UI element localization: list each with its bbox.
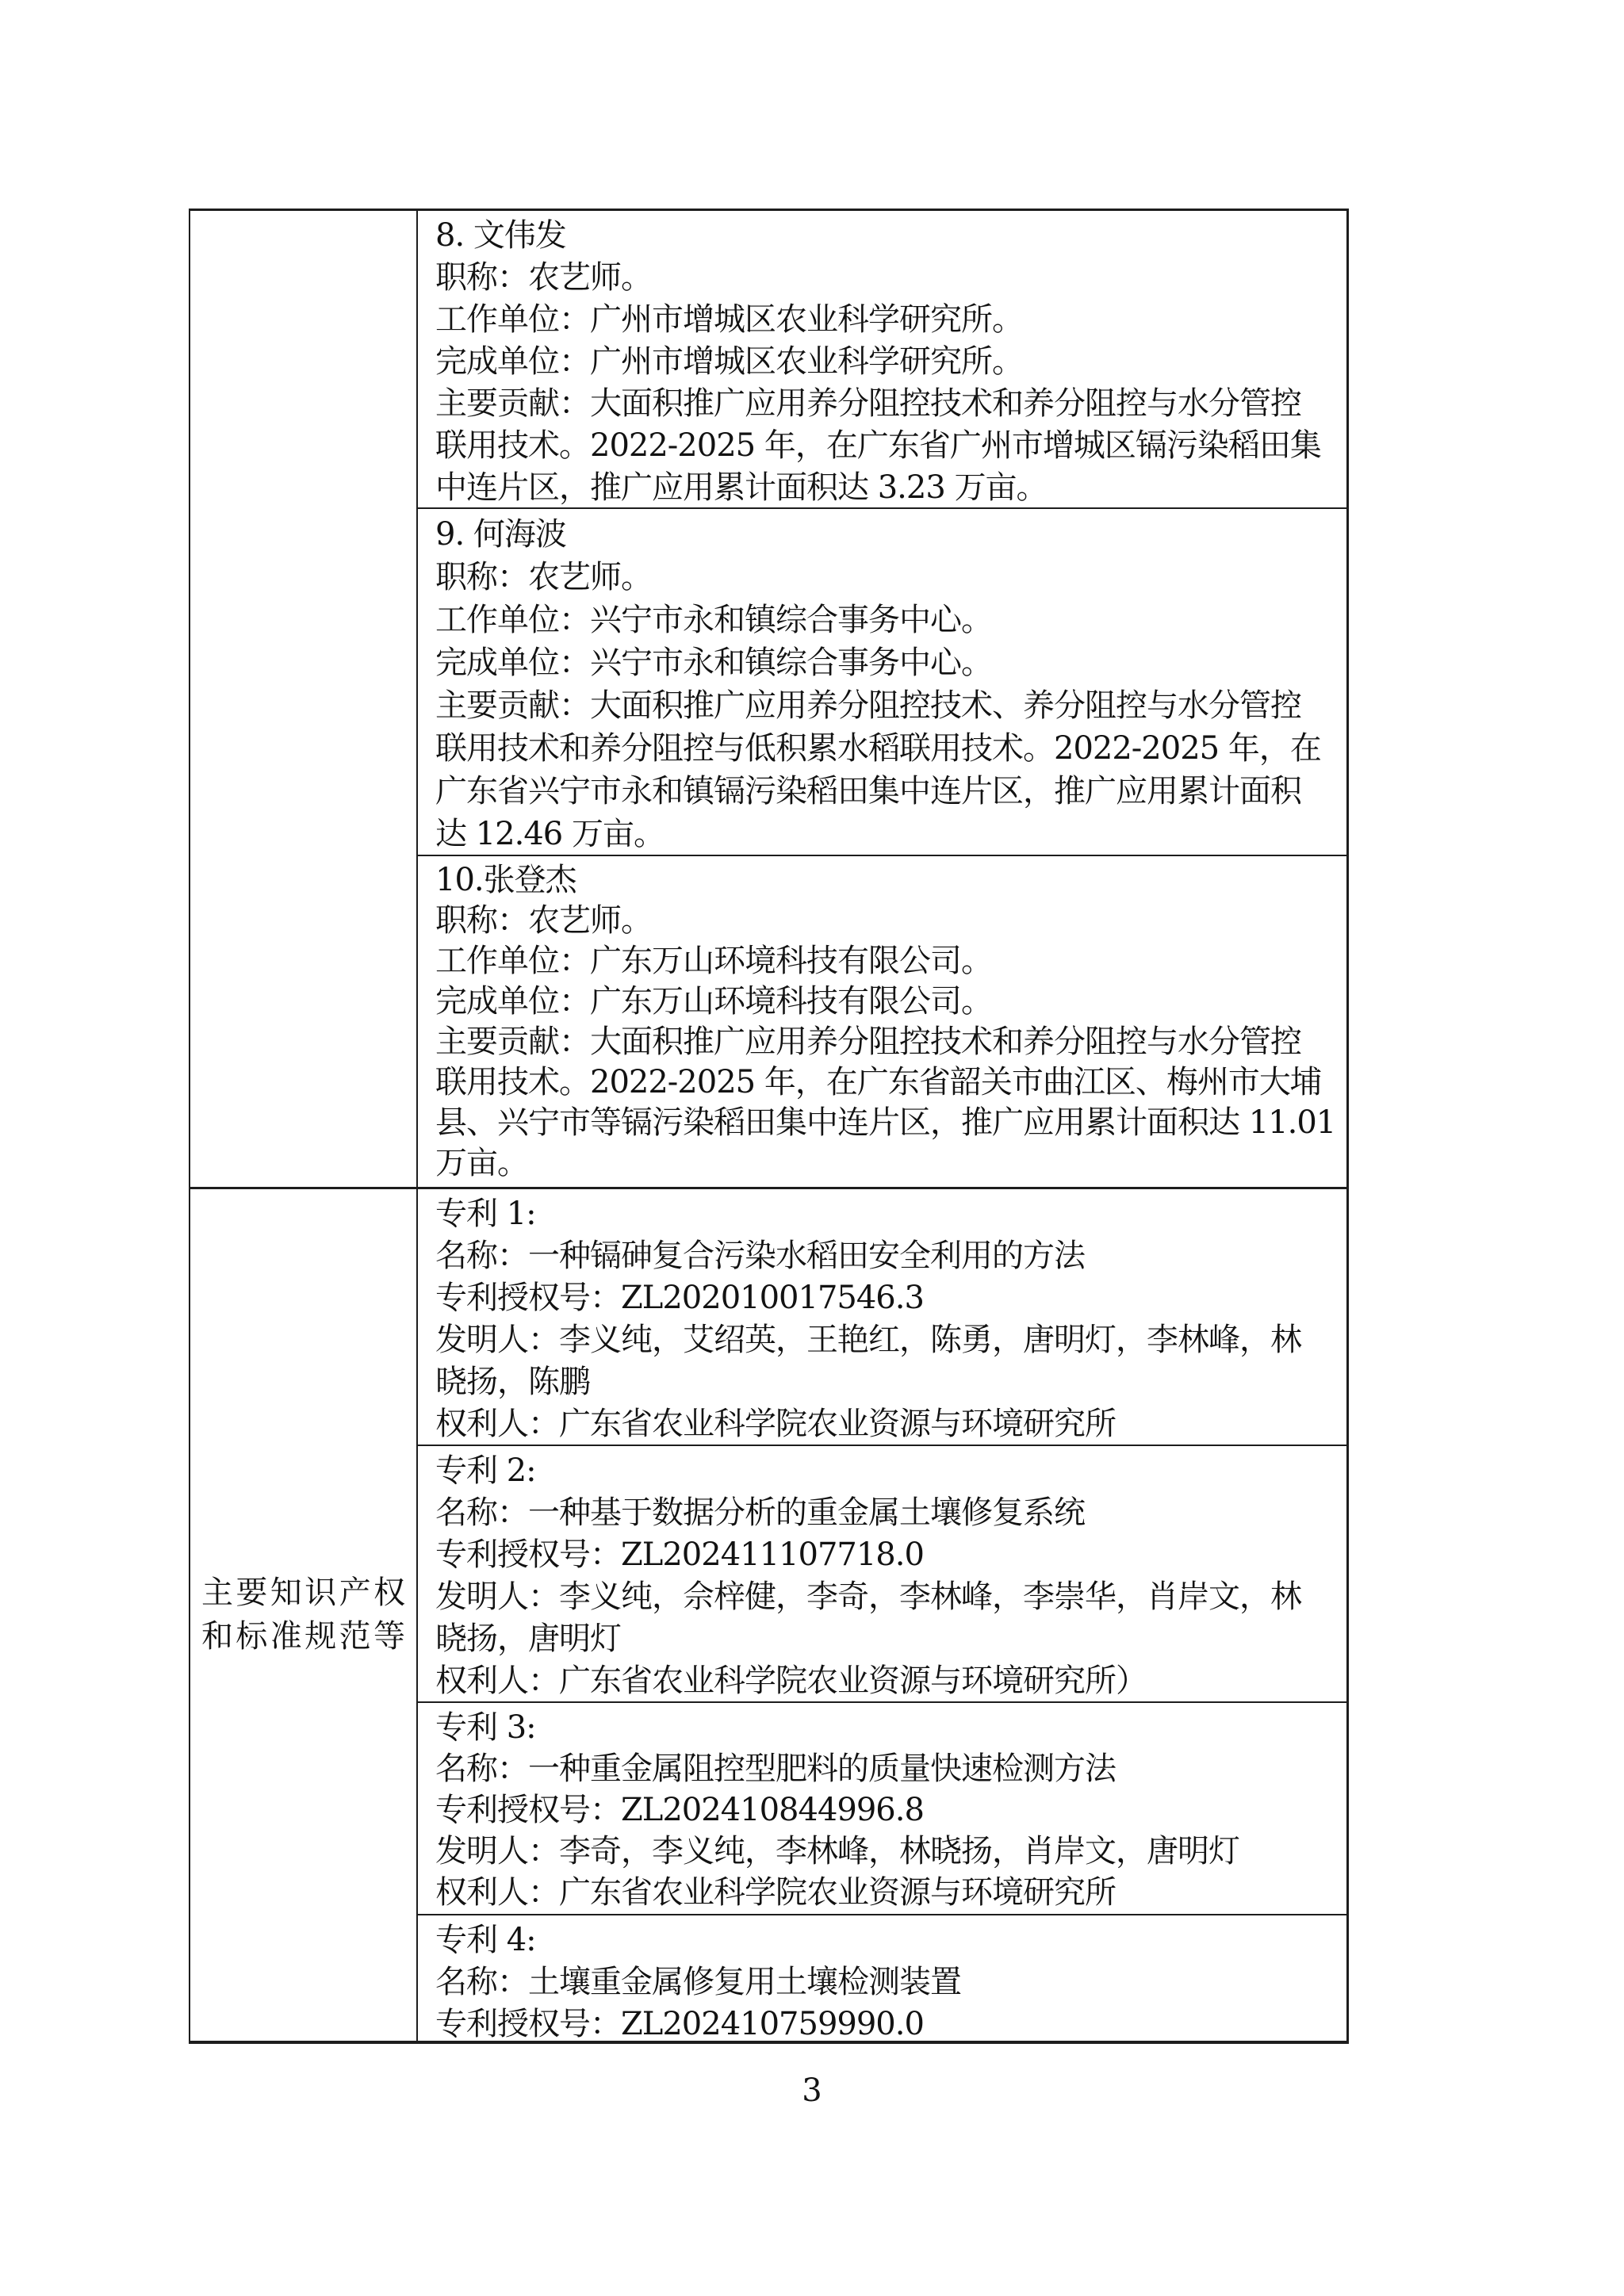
document-page: 主要知识产权 和标准规范等 8. 文伟发 职称：农艺师。 工作单位：广州市增城区… (0, 0, 1624, 2296)
text-line: 专利授权号：ZL202410844996.8 (435, 1789, 1335, 1831)
text-line: 工作单位：广州市增城区农业科学研究所。 (435, 299, 1335, 341)
text-line: 权利人：广东省农业科学院农业资源与环境研究所 (435, 1872, 1335, 1913)
text-line: 10.张登杰 (435, 860, 1335, 901)
text-line: 主要贡献：大面积推广应用养分阻控技术和养分阻控与水分管控 (435, 1022, 1335, 1062)
page-number: 3 (0, 2069, 1624, 2112)
text-line: 专利 1: (435, 1193, 1335, 1235)
text-line: 万亩。 (435, 1143, 1335, 1184)
patent-cell-1: 专利 1: 名称：一种镉砷复合污染水稻田安全利用的方法 专利授权号：ZL2020… (418, 1189, 1346, 1445)
text-line: 名称：土壤重金属修复用土壤检测装置 (435, 1961, 1335, 2003)
patent-cell-2: 专利 2: 名称：一种基于数据分析的重金属土壤修复系统 专利授权号：ZL2024… (418, 1446, 1346, 1701)
text-line: 联用技术。2022-2025 年，在广东省广州市增城区镉污染稻田集 (435, 425, 1335, 467)
text-line: 专利 2: (435, 1450, 1335, 1492)
text-line: 专利 3: (435, 1707, 1335, 1748)
row-header-text: 主要知识产权 (190, 1571, 416, 1615)
text-line: 职称：农艺师。 (435, 257, 1335, 299)
text-line: 专利 4: (435, 1919, 1335, 1961)
text-line: 完成单位：广州市增城区农业科学研究所。 (435, 341, 1335, 383)
text-line: 广东省兴宁市永和镇镉污染稻田集中连片区，推广应用累计面积 (435, 770, 1335, 813)
text-line: 县、兴宁市等镉污染稻田集中连片区，推广应用累计面积达 11.01 (435, 1103, 1335, 1143)
text-line: 权利人：广东省农业科学院农业资源与环境研究所） (435, 1660, 1335, 1701)
text-line: 主要贡献：大面积推广应用养分阻控技术和养分阻控与水分管控 (435, 383, 1335, 425)
text-line: 专利授权号：ZL202010017546.3 (435, 1277, 1335, 1319)
text-line: 发明人：李奇，李义纯，李林峰，林晓扬，肖岸文，唐明灯 (435, 1831, 1335, 1872)
text-line: 发明人：李义纯，佘梓健，李奇，李林峰，李崇华，肖岸文，林 (435, 1576, 1335, 1618)
text-line: 中连片区，推广应用累计面积达 3.23 万亩。 (435, 467, 1335, 507)
text-line: 发明人：李义纯，艾绍英，王艳红，陈勇，唐明灯，李林峰，林 (435, 1319, 1335, 1361)
text-line: 名称：一种重金属阻控型肥料的质量快速检测方法 (435, 1748, 1335, 1789)
text-line: 完成单位：兴宁市永和镇综合事务中心。 (435, 641, 1335, 684)
text-line: 9. 何海波 (435, 513, 1335, 556)
text-line: 职称：农艺师。 (435, 901, 1335, 941)
text-line: 工作单位：兴宁市永和镇综合事务中心。 (435, 599, 1335, 641)
text-line: 联用技术。2022-2025 年，在广东省韶关市曲江区、梅州市大埔 (435, 1062, 1335, 1103)
text-line: 专利授权号：ZL202411107718.0 (435, 1534, 1335, 1576)
contributor-cell-10: 10.张登杰 职称：农艺师。 工作单位：广东万山环境科技有限公司。 完成单位：广… (418, 856, 1346, 1187)
text-line: 晓扬，唐明灯 (435, 1618, 1335, 1660)
contributor-cell-8: 8. 文伟发 职称：农艺师。 工作单位：广州市增城区农业科学研究所。 完成单位：… (418, 211, 1346, 507)
row-header-ip-standards: 主要知识产权 和标准规范等 (190, 1189, 416, 2041)
text-line: 专利授权号：ZL202410759990.0 (435, 2003, 1335, 2041)
patent-cell-3: 专利 3: 名称：一种重金属阻控型肥料的质量快速检测方法 专利授权号：ZL202… (418, 1703, 1346, 1914)
text-line: 晓扬，陈鹏 (435, 1361, 1335, 1403)
text-line: 主要贡献：大面积推广应用养分阻控技术、养分阻控与水分管控 (435, 684, 1335, 727)
text-line: 8. 文伟发 (435, 215, 1335, 257)
text-line: 权利人：广东省农业科学院农业资源与环境研究所 (435, 1403, 1335, 1445)
text-line: 职称：农艺师。 (435, 556, 1335, 599)
row-header-text: 和标准规范等 (190, 1615, 416, 1659)
patent-cell-4: 专利 4: 名称：土壤重金属修复用土壤检测装置 专利授权号：ZL20241075… (418, 1915, 1346, 2041)
achievement-table: 主要知识产权 和标准规范等 8. 文伟发 职称：农艺师。 工作单位：广州市增城区… (189, 209, 1349, 2044)
table-border-right (1346, 209, 1349, 2044)
table-border-bottom (189, 2041, 1349, 2044)
text-line: 工作单位：广东万山环境科技有限公司。 (435, 941, 1335, 982)
text-line: 完成单位：广东万山环境科技有限公司。 (435, 982, 1335, 1022)
text-line: 达 12.46 万亩。 (435, 813, 1335, 855)
contributor-cell-9: 9. 何海波 职称：农艺师。 工作单位：兴宁市永和镇综合事务中心。 完成单位：兴… (418, 509, 1346, 855)
text-line: 名称：一种镉砷复合污染水稻田安全利用的方法 (435, 1235, 1335, 1277)
text-line: 名称：一种基于数据分析的重金属土壤修复系统 (435, 1492, 1335, 1534)
text-line: 联用技术和养分阻控与低积累水稻联用技术。2022-2025 年，在 (435, 727, 1335, 770)
